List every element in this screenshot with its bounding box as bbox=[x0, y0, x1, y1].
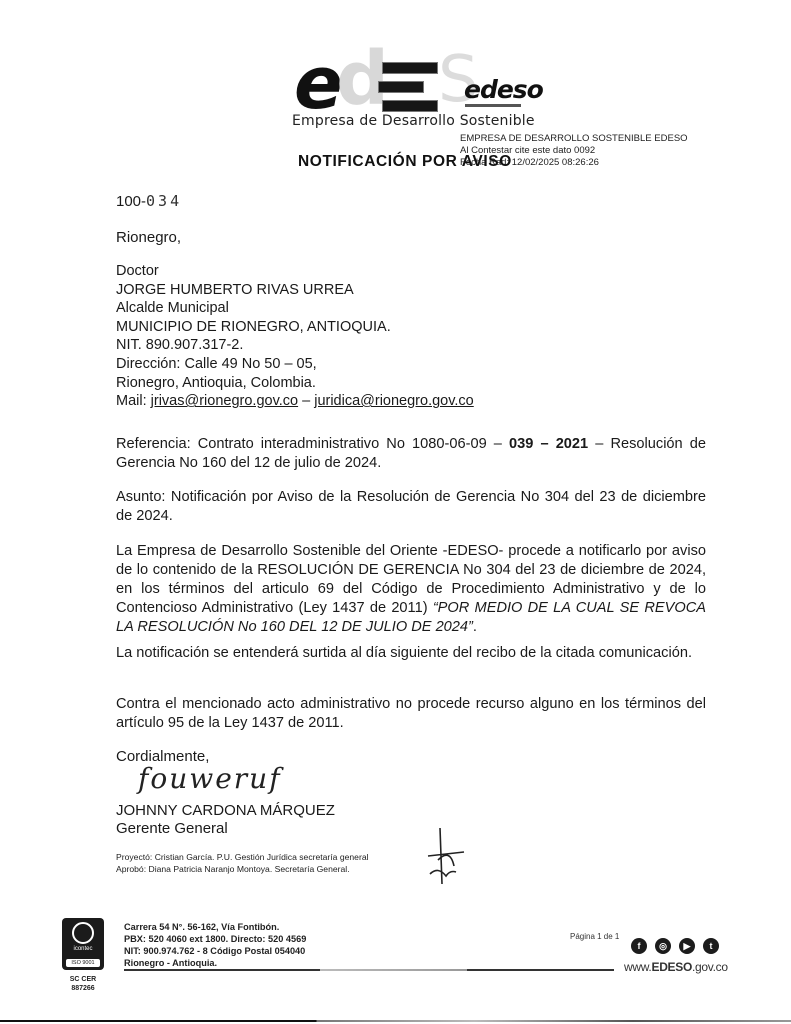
recipient-position: Alcalde Municipal bbox=[116, 299, 474, 318]
signer-block: JOHNNY CARDONA MÁRQUEZ Gerente General bbox=[116, 802, 335, 838]
website-suffix: .gov.co bbox=[692, 960, 728, 974]
initials-mark-icon bbox=[420, 826, 470, 886]
notice-paragraph: La notificación se entenderá surtida al … bbox=[116, 644, 706, 663]
twitter-icon[interactable]: t bbox=[703, 938, 719, 954]
stamp-company: EMPRESA DE DESARROLLO SOSTENIBLE EDESO bbox=[460, 133, 688, 145]
logo-small-subtitle bbox=[465, 104, 521, 107]
icontec-logo-icon bbox=[72, 922, 94, 944]
mail-label: Mail: bbox=[116, 393, 151, 409]
icontec-brand: icontec bbox=[62, 946, 104, 952]
logo-tagline: Empresa de Desarrollo Sostenible bbox=[292, 113, 535, 129]
recipient-nit: NIT. 890.907.317-2. bbox=[116, 336, 474, 355]
recipient-address: Dirección: Calle 49 No 50 – 05, bbox=[116, 355, 474, 374]
edeso-logo: e d S edeso bbox=[288, 44, 558, 124]
recipient-mail: Mail: jrivas@rionegro.gov.co – juridica@… bbox=[116, 392, 474, 411]
youtube-icon[interactable]: ▶ bbox=[679, 938, 695, 954]
signer-title: Gerente General bbox=[116, 820, 335, 838]
facebook-icon[interactable]: f bbox=[631, 938, 647, 954]
iso-label: ISO 9001 bbox=[66, 959, 100, 967]
email-separator: – bbox=[298, 393, 314, 409]
recipient-salutation: Doctor bbox=[116, 262, 474, 281]
website-prefix: www. bbox=[624, 960, 651, 974]
logo-small-wordmark: edeso bbox=[464, 78, 543, 102]
subject-paragraph: Asunto: Notificación por Aviso de la Res… bbox=[116, 488, 706, 526]
body-paragraph: La Empresa de Desarrollo Sostenible del … bbox=[116, 542, 706, 637]
instagram-icon[interactable]: ◎ bbox=[655, 938, 671, 954]
body-end: . bbox=[473, 619, 477, 635]
website-link[interactable]: www.EDESO.gov.co bbox=[624, 960, 728, 974]
reference-text: Referencia: Contrato interadministrativo… bbox=[116, 436, 509, 452]
footer-phone-line: PBX: 520 4060 ext 1800. Directo: 520 456… bbox=[124, 933, 306, 945]
letter-number: 100-034 bbox=[116, 192, 182, 210]
recipient-block: Doctor JORGE HUMBERTO RIVAS URREA Alcald… bbox=[116, 262, 474, 411]
social-icons: f ◎ ▶ t bbox=[631, 938, 719, 954]
appeal-paragraph: Contra el mencionado acto administrativo… bbox=[116, 695, 706, 733]
cert-code-line1: SC CER bbox=[62, 975, 104, 984]
footer-divider bbox=[124, 969, 614, 971]
signer-name: JOHNNY CARDONA MÁRQUEZ bbox=[116, 802, 335, 820]
footer-address-line: Carrera 54 N°. 56-162, Vía Fontibón. bbox=[124, 921, 306, 933]
document-title: NOTIFICACIÓN POR AVISO bbox=[298, 153, 512, 171]
icontec-certification-badge: icontec ISO 9001 bbox=[62, 918, 104, 970]
recipient-location: Rionegro, Antioquia, Colombia. bbox=[116, 374, 474, 393]
website-brand: EDESO bbox=[651, 960, 692, 974]
recipient-name: JORGE HUMBERTO RIVAS URREA bbox=[116, 281, 474, 300]
email-link-juridica[interactable]: juridica@rionegro.gov.co bbox=[314, 393, 474, 409]
credits-block: Proyectó: Cristian García. P.U. Gestión … bbox=[116, 851, 369, 875]
footer-nit-line: NIT: 900.974.762 - 8 Código Postal 05404… bbox=[124, 945, 306, 957]
cert-code-line2: 887266 bbox=[62, 984, 104, 993]
email-link-jrivas[interactable]: jrivas@rionegro.gov.co bbox=[151, 393, 298, 409]
recipient-entity: MUNICIPIO DE RIONEGRO, ANTIOQUIA. bbox=[116, 318, 474, 337]
footer-address: Carrera 54 N°. 56-162, Vía Fontibón. PBX… bbox=[124, 921, 306, 969]
reference-contract-number: 039 – 2021 bbox=[509, 436, 588, 452]
approved-by: Aprobó: Diana Patricia Naranjo Montoya. … bbox=[116, 863, 369, 875]
handwritten-signature: fouweruf bbox=[138, 762, 282, 795]
prepared-by: Proyectó: Cristian García. P.U. Gestión … bbox=[116, 851, 369, 863]
letter-number-prefix: 100- bbox=[116, 193, 146, 210]
reference-paragraph: Referencia: Contrato interadministrativo… bbox=[116, 435, 706, 473]
footer-city-line: Rionegro - Antioquia. bbox=[124, 957, 306, 969]
letter-number-handwritten: 034 bbox=[146, 192, 182, 210]
letter-city: Rionegro, bbox=[116, 229, 181, 246]
page-bottom-edge bbox=[0, 1020, 791, 1022]
page-number: Página 1 de 1 bbox=[570, 932, 619, 941]
logo-letter-e: e bbox=[294, 50, 339, 116]
logo-bars-icon bbox=[382, 62, 438, 119]
certificate-code: SC CER 887266 bbox=[62, 975, 104, 993]
